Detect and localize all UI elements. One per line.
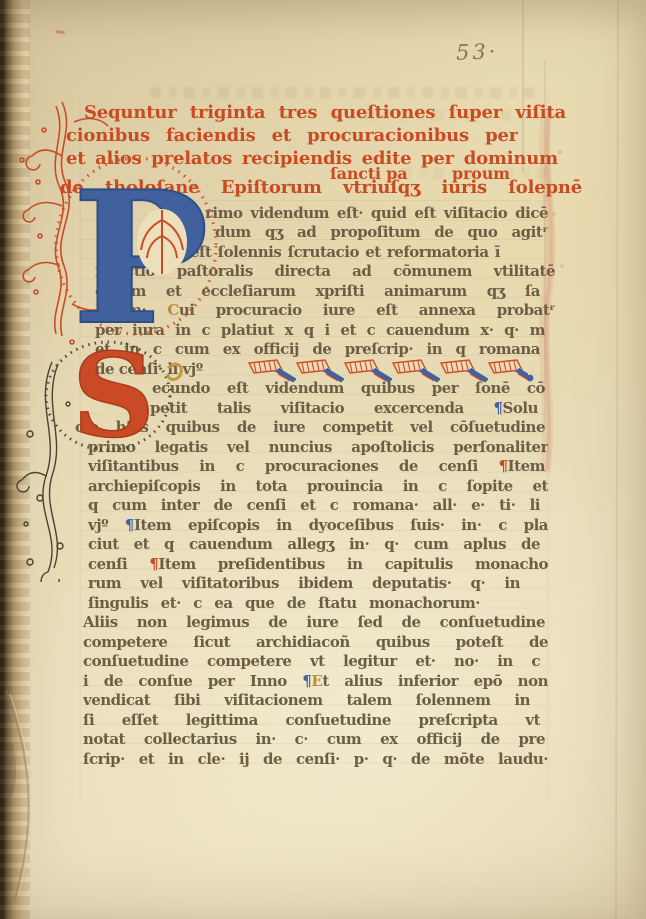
pilcrow-mark: ¶: [499, 457, 508, 475]
text-segment: rimo videndum eſt· quid eſt viſitacio di…: [205, 204, 548, 222]
pilcrow-mark: ¶: [494, 399, 503, 417]
text-segment: eſt ſolennis ſcrutacio et reformatoria ī: [190, 243, 500, 261]
text-segment: Item preſidentibus in capitulis monacho: [158, 555, 548, 573]
text-segment: E: [311, 672, 322, 690]
text-segment: ſcrip· et in cle· ij de cenſi· p· q· de …: [83, 750, 548, 768]
text-segment: ui procuracio iure eſt annexa probatʳ: [179, 301, 555, 319]
text-line: ſcrip· et in cle· ij de cenſi· p· q· de …: [83, 749, 548, 771]
text-segment: dum qʒ ad propoſitum de quo agitʳ viſita…: [215, 223, 548, 244]
text-segment: vendicat ſibi viſitacionem talem ſolenne…: [83, 691, 530, 709]
folio-number: 53·: [456, 39, 499, 64]
decorated-initial-s: S: [16, 334, 206, 582]
line-filler-ornament: [248, 359, 535, 383]
palmette-infill: [137, 209, 187, 275]
text-segment: ſi eſſet legittima conſuetudine preſcrip…: [83, 711, 540, 729]
text-segment: t alius inferior epō non: [322, 672, 548, 690]
gold-squiggle: [168, 364, 181, 379]
decorated-initial-p: P: [14, 96, 229, 348]
text-line: Aliis non legimus de iure ſed de conſuet…: [83, 612, 545, 634]
text-segment: notat collectarius in· c· cum ex officij…: [83, 730, 545, 748]
text-segment: ſingulis et· c ea que de ſtatu monachoru…: [88, 594, 480, 612]
text-segment: Solu: [503, 399, 538, 417]
text-segment: competere ſicut archidiacoñ quibus poteſ…: [83, 633, 548, 651]
black-penwork-flourish: [17, 362, 70, 582]
text-line: conſuetudine competere vt legitur et· no…: [83, 651, 540, 673]
text-line: dum qʒ ad propoſitum de quo agitʳ viſita…: [215, 222, 548, 244]
initial-s-letter: S: [72, 334, 155, 464]
manuscript-page: 53· ſancti pa proum de tholoſane Epiſtor…: [0, 0, 646, 919]
text-segment: Item: [508, 457, 545, 475]
text-line: vendicat ſibi viſitacionem talem ſolenne…: [83, 690, 530, 712]
text-line: notat collectarius in· c· cum ex officij…: [83, 729, 545, 751]
text-segment: Aliis non legimus de iure ſed de conſuet…: [83, 613, 545, 631]
text-segment: i de conſue per Inno: [83, 672, 302, 690]
text-segment: conſuetudine competere vt legitur et· no…: [83, 652, 540, 670]
